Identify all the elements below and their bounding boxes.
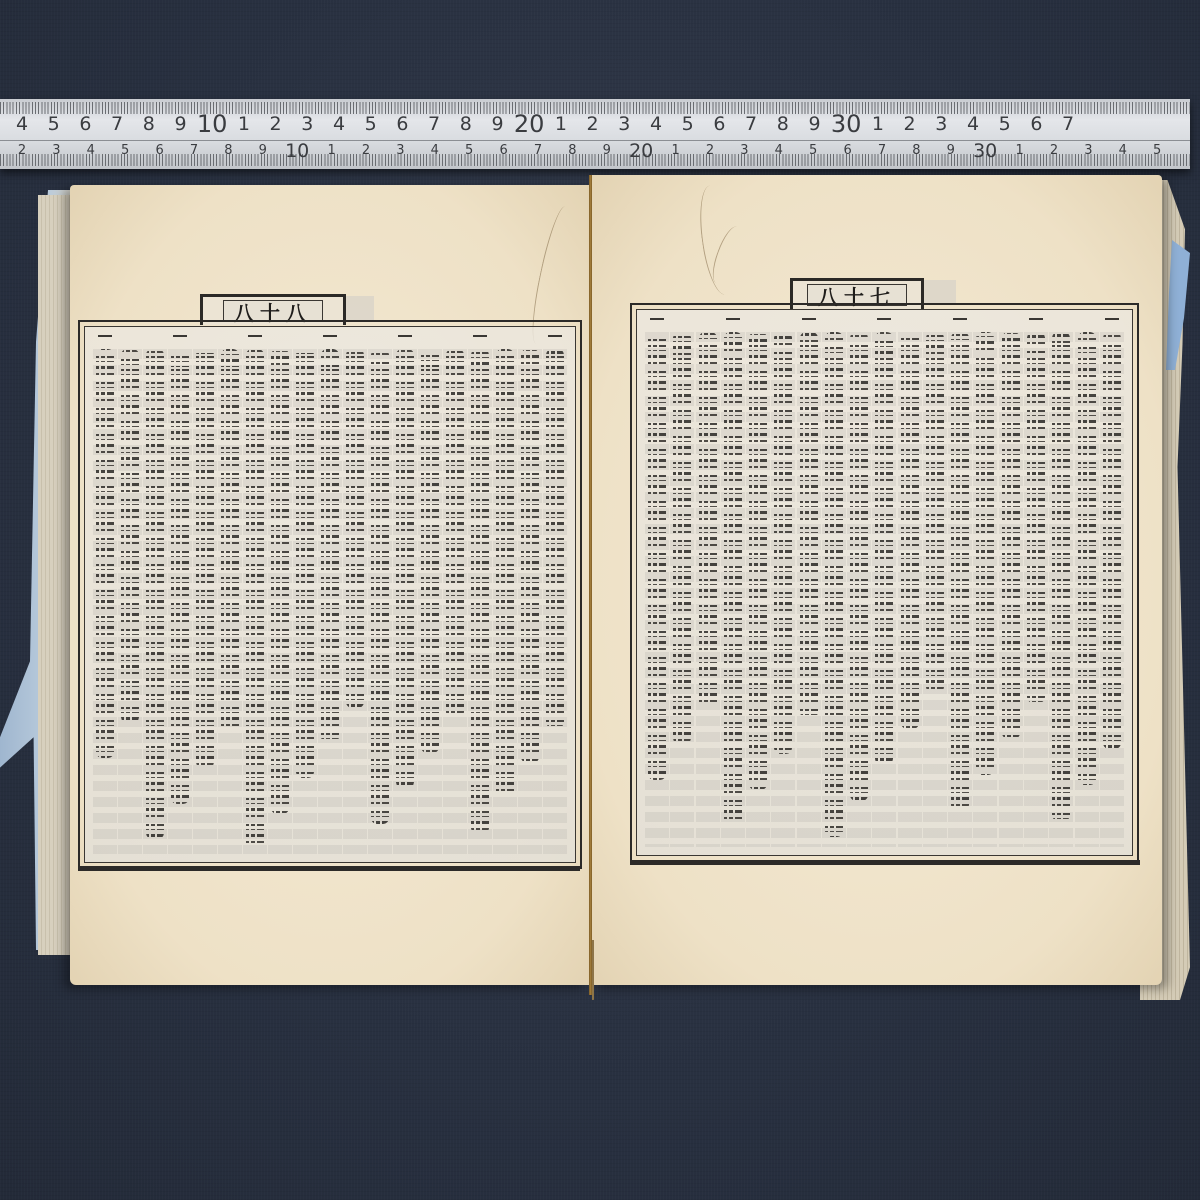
ruler-label: 6 <box>79 113 91 135</box>
ruler-label: 30 <box>831 110 862 138</box>
text-column <box>898 332 922 847</box>
cursive-script-ink <box>976 332 994 775</box>
column-marker <box>548 335 562 337</box>
text-column <box>543 349 567 854</box>
text-column <box>418 349 442 854</box>
text-column <box>368 349 392 854</box>
column-marker <box>953 318 967 320</box>
ruler-label: 3 <box>301 113 313 135</box>
cursive-script-ink <box>371 349 389 824</box>
cursive-script-ink <box>774 332 792 754</box>
text-column <box>243 349 267 854</box>
ruler-label: 7 <box>111 113 123 135</box>
text-column <box>1100 332 1124 847</box>
text-column <box>771 332 795 847</box>
ruler-label: 4 <box>431 143 439 158</box>
cursive-script-ink <box>521 349 539 763</box>
ruler-midline <box>0 140 1190 141</box>
text-column <box>670 332 694 847</box>
cursive-script-ink <box>296 349 314 778</box>
ruler-label: 1 <box>238 113 250 135</box>
cursive-script-ink <box>875 332 893 765</box>
column-marker <box>877 318 891 320</box>
ruler-label: 4 <box>16 113 28 135</box>
text-column <box>923 332 947 847</box>
text-column <box>443 349 467 854</box>
column-marker <box>1029 318 1043 320</box>
cursive-script-ink <box>901 332 919 729</box>
text-column <box>518 349 542 854</box>
cursive-script-ink <box>346 349 364 708</box>
text-column <box>721 332 745 847</box>
ruler-label: 4 <box>333 113 345 135</box>
column-marker <box>173 335 187 337</box>
text-area-left <box>84 326 576 863</box>
text-column <box>797 332 821 847</box>
text-columns-left <box>93 349 567 854</box>
ruler-label: 1 <box>1015 143 1023 158</box>
ruler-label: 4 <box>967 113 979 135</box>
page-number-left: 八十八 <box>223 300 323 322</box>
ruler-label: 8 <box>912 143 920 158</box>
ruler-label: 7 <box>878 143 886 158</box>
ruler-label: 9 <box>174 113 186 135</box>
binding-thread <box>592 940 600 1000</box>
ruler-label: 20 <box>629 140 653 162</box>
cursive-script-ink <box>926 332 944 693</box>
ruler-label: 5 <box>365 113 377 135</box>
text-column <box>393 349 417 854</box>
page-stack-left <box>38 195 74 955</box>
text-column <box>318 349 342 854</box>
cursive-script-ink <box>446 349 464 718</box>
ruler-label: 4 <box>775 143 783 158</box>
ruler-label: 6 <box>396 113 408 135</box>
ruler-label: 2 <box>18 143 26 158</box>
cursive-script-ink <box>171 349 189 804</box>
ruler-label: 1 <box>872 113 884 135</box>
cursive-script-ink <box>196 349 214 768</box>
cursive-script-ink <box>673 332 691 744</box>
text-column <box>973 332 997 847</box>
text-columns-right <box>645 332 1124 847</box>
steel-ruler: 4567891012345678920123456789301234567 23… <box>0 99 1190 169</box>
cursive-script-ink <box>800 332 818 718</box>
ruler-label: 10 <box>285 140 309 162</box>
ruler-label: 4 <box>650 113 662 135</box>
column-marker <box>726 318 740 320</box>
ruler-label: 8 <box>224 143 232 158</box>
ruler-label: 8 <box>568 143 576 158</box>
cursive-script-ink <box>321 349 339 743</box>
cursive-script-ink <box>471 349 489 834</box>
cursive-script-ink <box>749 332 767 790</box>
ruler-label: 6 <box>843 143 851 158</box>
ruler-label: 5 <box>121 143 129 158</box>
ruler-label: 7 <box>1062 113 1074 135</box>
text-column <box>999 332 1023 847</box>
ruler-label: 2 <box>1050 143 1058 158</box>
cursive-script-ink <box>699 332 717 708</box>
text-column <box>948 332 972 847</box>
ruler-label: 3 <box>740 143 748 158</box>
ruler-label: 1 <box>327 143 335 158</box>
ruler-label: 1 <box>555 113 567 135</box>
column-marker <box>98 335 112 337</box>
ruler-ticks-bottom <box>0 154 1190 166</box>
cursive-script-ink <box>546 349 564 728</box>
ruler-label: 2 <box>706 143 714 158</box>
ruler-label: 9 <box>603 143 611 158</box>
text-column <box>268 349 292 854</box>
ruler-label: 6 <box>155 143 163 158</box>
text-column <box>1024 332 1048 847</box>
text-column <box>493 349 517 854</box>
ruler-label: 6 <box>1030 113 1042 135</box>
ruler-label: 5 <box>809 143 817 158</box>
ruler-label: 9 <box>947 143 955 158</box>
ruler-label: 7 <box>745 113 757 135</box>
bottom-rule-right <box>630 860 1140 865</box>
ruler-label: 3 <box>618 113 630 135</box>
cursive-script-ink <box>246 349 264 849</box>
cursive-script-ink <box>825 332 843 837</box>
ruler-label: 8 <box>460 113 472 135</box>
text-column <box>143 349 167 854</box>
column-marker <box>398 335 412 337</box>
ruler-label: 20 <box>514 110 545 138</box>
ruler-label: 3 <box>52 143 60 158</box>
cursive-script-ink <box>724 332 742 826</box>
ruler-label: 2 <box>270 113 282 135</box>
text-column <box>822 332 846 847</box>
text-column <box>696 332 720 847</box>
text-column <box>93 349 117 854</box>
ruler-label: 7 <box>534 143 542 158</box>
ruler-label: 5 <box>999 113 1011 135</box>
text-frame-left <box>78 320 582 869</box>
text-column <box>872 332 896 847</box>
text-column <box>193 349 217 854</box>
column-marker <box>1105 318 1119 320</box>
ruler-label: 5 <box>682 113 694 135</box>
text-column <box>343 349 367 854</box>
cursive-script-ink <box>648 332 666 780</box>
cursive-script-ink <box>850 332 868 801</box>
ruler-label: 5 <box>48 113 60 135</box>
ruler-label: 9 <box>491 113 503 135</box>
ruler-label: 5 <box>465 143 473 158</box>
ruler-label: 2 <box>904 113 916 135</box>
ruler-label: 3 <box>935 113 947 135</box>
text-column <box>1049 332 1073 847</box>
cursive-script-ink <box>1052 332 1070 821</box>
ruler-label: 9 <box>808 113 820 135</box>
text-area-right <box>636 309 1133 856</box>
book-gutter <box>589 175 592 995</box>
ruler-label: 6 <box>713 113 725 135</box>
cursive-script-ink <box>146 349 164 839</box>
ruler-label: 6 <box>499 143 507 158</box>
cursive-script-ink <box>1103 332 1121 749</box>
column-marker <box>323 335 337 337</box>
text-column <box>218 349 242 854</box>
text-column <box>645 332 669 847</box>
cursive-script-ink <box>121 349 139 723</box>
ruler-label: 10 <box>197 110 228 138</box>
cursive-script-ink <box>1078 332 1096 785</box>
ruler-label: 30 <box>973 140 997 162</box>
text-column <box>293 349 317 854</box>
column-marker <box>248 335 262 337</box>
ruler-label: 3 <box>1084 143 1092 158</box>
ruler-label: 5 <box>1153 143 1161 158</box>
text-column <box>468 349 492 854</box>
text-column <box>118 349 142 854</box>
text-column <box>847 332 871 847</box>
ruler-label: 2 <box>587 113 599 135</box>
ruler-label: 2 <box>362 143 370 158</box>
ruler-label: 7 <box>190 143 198 158</box>
ruler-label: 1 <box>671 143 679 158</box>
cursive-script-ink <box>396 349 414 788</box>
cursive-script-ink <box>496 349 514 798</box>
column-marker <box>802 318 816 320</box>
cursive-script-ink <box>96 349 114 758</box>
cursive-script-ink <box>271 349 289 814</box>
text-column <box>746 332 770 847</box>
cursive-script-ink <box>1027 332 1045 703</box>
cursive-script-ink <box>221 349 239 733</box>
ruler-label: 8 <box>143 113 155 135</box>
text-column <box>1075 332 1099 847</box>
ruler-label: 8 <box>777 113 789 135</box>
ruler-label: 7 <box>428 113 440 135</box>
column-marker <box>473 335 487 337</box>
cursive-script-ink <box>1002 332 1020 739</box>
bottom-rule-left <box>78 866 580 871</box>
ruler-label: 4 <box>1119 143 1127 158</box>
cursive-script-ink <box>951 332 969 811</box>
ruler-label: 4 <box>87 143 95 158</box>
ruler-label: 9 <box>259 143 267 158</box>
cursive-script-ink <box>421 349 439 753</box>
ruler-label: 3 <box>396 143 404 158</box>
text-column <box>168 349 192 854</box>
text-frame-right <box>630 303 1139 862</box>
column-marker <box>650 318 664 320</box>
